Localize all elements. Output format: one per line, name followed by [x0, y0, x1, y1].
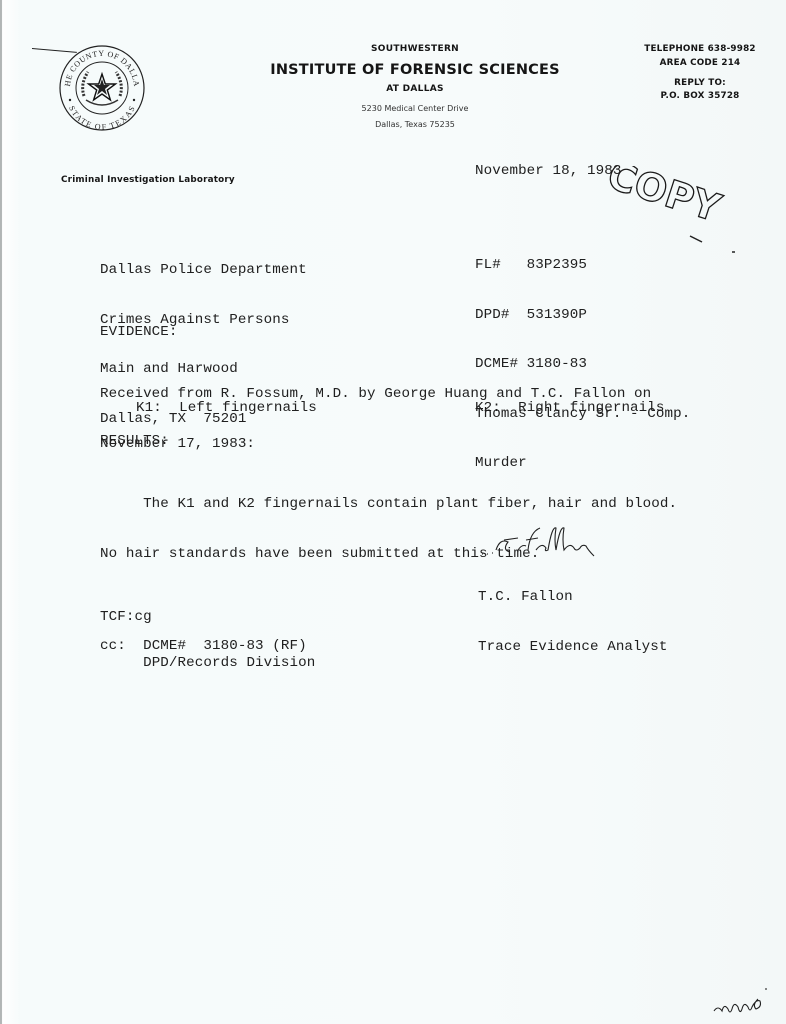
department-name: Criminal Investigation Laboratory	[61, 175, 235, 185]
evidence-heading: EVIDENCE:	[100, 324, 178, 341]
document-page: THE COUNTY OF DALLAS STATE OF TEXAS SOUT…	[0, 0, 786, 1024]
po-box: P.O. BOX 35728	[630, 91, 770, 101]
cc-recipient: DPD/Records Division	[143, 655, 315, 671]
svg-text:STATE OF TEXAS: STATE OF TEXAS	[67, 104, 137, 131]
reference-dpd: DPD# 531390P	[475, 307, 690, 324]
handwritten-initials	[712, 985, 772, 1021]
institution-name: INSTITUTE OF FORENSIC SCIENCES	[250, 62, 580, 78]
item-description: Left fingernails	[179, 400, 317, 416]
reference-fl: FL# 83P2395	[475, 257, 690, 274]
institution-line-1: SOUTHWESTERN	[250, 44, 580, 54]
item-description: Right fingernails	[518, 400, 664, 416]
recipient-line: Dallas Police Department	[100, 262, 307, 279]
results-heading: RESULTS:	[100, 433, 169, 450]
institution-address-street: 5230 Medical Center Drive	[250, 104, 580, 113]
county-seal-icon: THE COUNTY OF DALLAS STATE OF TEXAS	[58, 44, 146, 132]
evidence-item-k2: K2: Right fingernails	[475, 400, 665, 417]
institution-line-3: AT DALLAS	[250, 84, 580, 94]
signature-block: T.C. Fallon Trace Evidence Analyst	[478, 556, 668, 688]
item-id: K1:	[136, 400, 162, 416]
signer-name: T.C. Fallon	[478, 589, 668, 606]
area-code: AREA CODE 214	[630, 58, 770, 68]
handwritten-signature	[478, 520, 608, 560]
item-id: K2:	[475, 400, 501, 416]
telephone: TELEPHONE 638-9982	[630, 44, 770, 54]
cc-label: cc:	[100, 638, 126, 654]
institution-address-city: Dallas, Texas 75235	[250, 120, 580, 129]
typist-initials: TCF:cg	[100, 609, 152, 626]
results-line: The K1 and K2 fingernails contain plant …	[100, 496, 677, 513]
svg-text:COPY: COPY	[602, 166, 726, 231]
cc-block: cc: DCME# 3180-83 (RF) DPD/Records Divis…	[100, 638, 315, 671]
received-line: November 17, 1983:	[100, 436, 651, 453]
signer-title: Trace Evidence Analyst	[478, 639, 668, 656]
reply-to-label: REPLY TO:	[630, 78, 770, 88]
evidence-item-k1: K1: Left fingernails	[136, 400, 317, 417]
cc-recipient: DCME# 3180-83 (RF)	[143, 638, 307, 654]
page-edge-shadow	[0, 0, 2, 1024]
